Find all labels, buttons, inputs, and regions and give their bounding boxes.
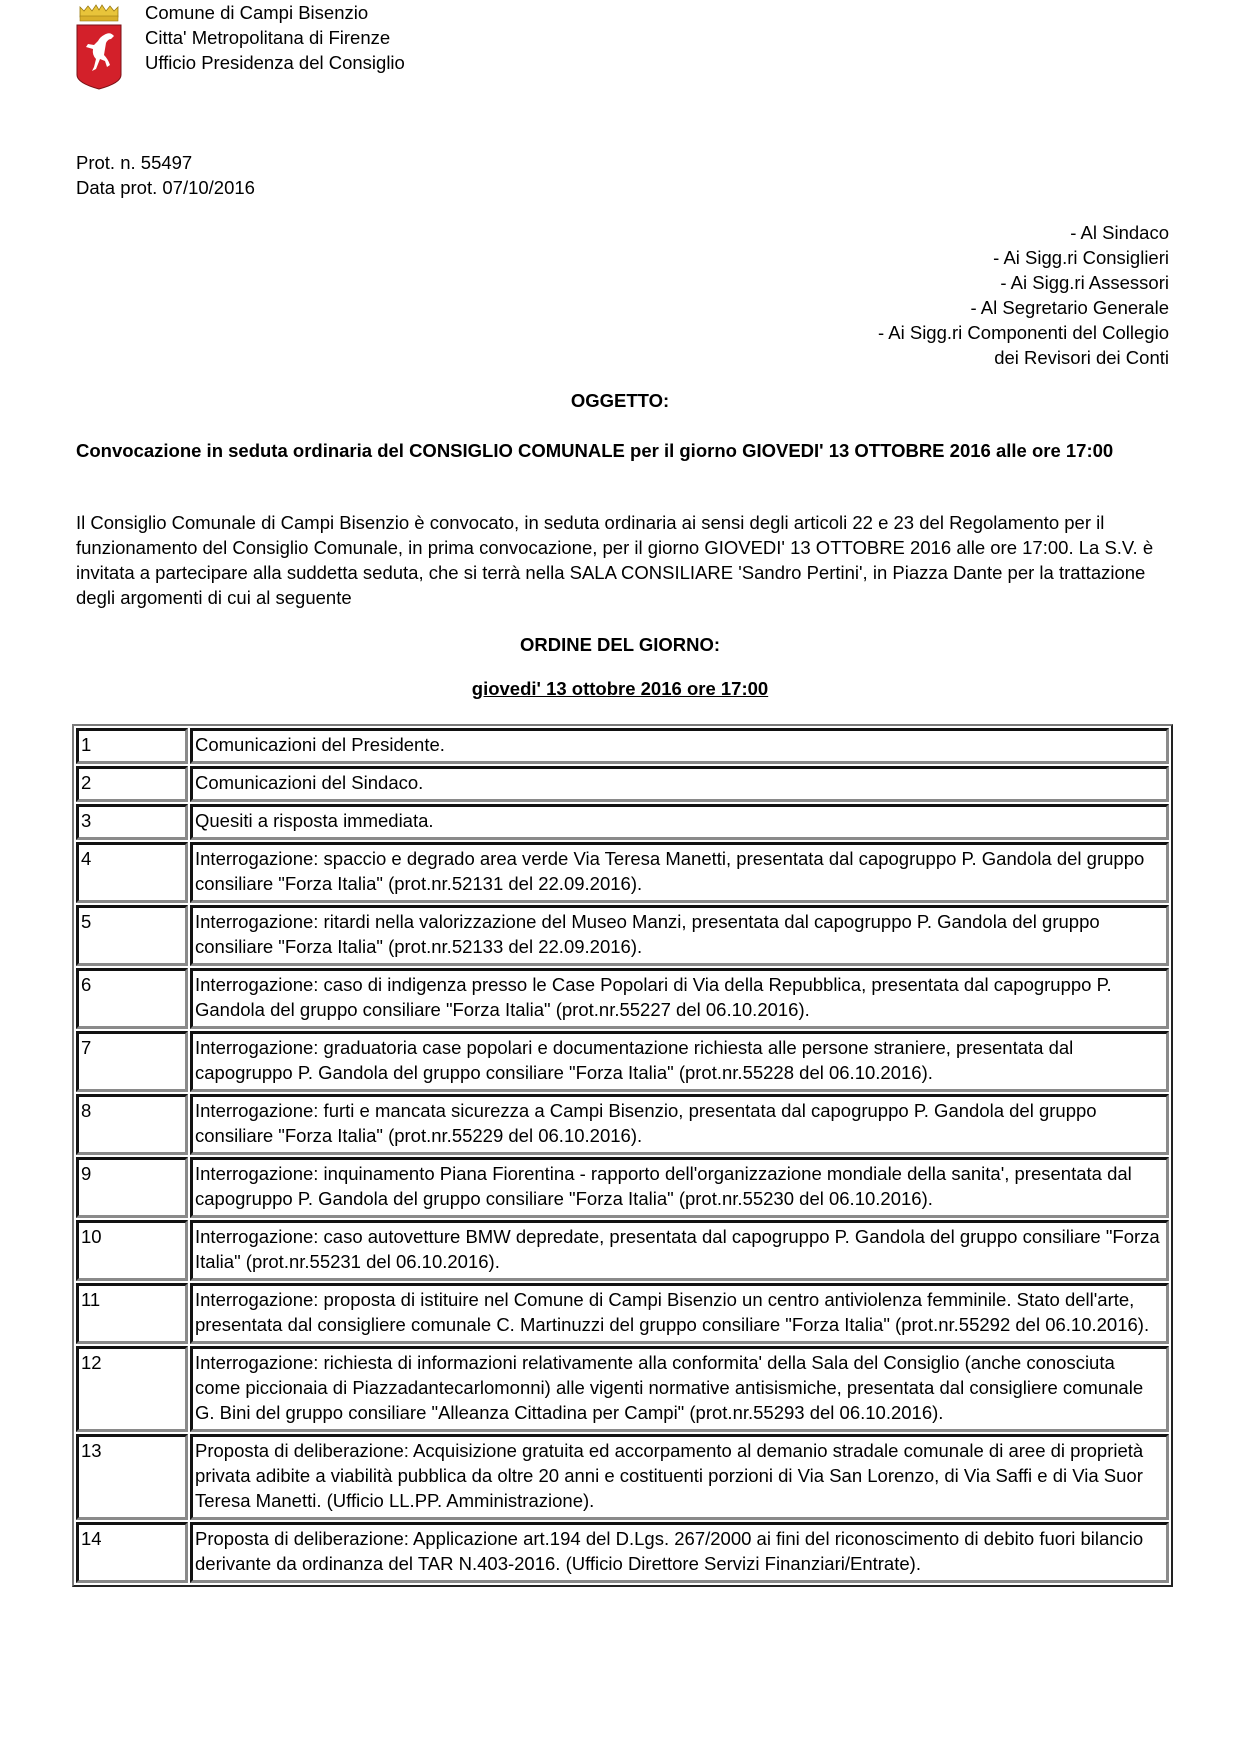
agenda-item-number: 1 [76, 728, 188, 764]
agenda-item-text: Interrogazione: caso di indigenza presso… [190, 968, 1169, 1029]
agenda-item-number: 10 [76, 1220, 188, 1281]
protocol-number: Prot. n. 55497 [76, 150, 255, 175]
agenda-item-text: Interrogazione: ritardi nella valorizzaz… [190, 905, 1169, 966]
agenda-row: 11Interrogazione: proposta di istituire … [76, 1283, 1169, 1344]
agenda-item-number: 6 [76, 968, 188, 1029]
agenda-row: 8Interrogazione: furti e mancata sicurez… [76, 1094, 1169, 1155]
agenda-item-text: Interrogazione: graduatoria case popolar… [190, 1031, 1169, 1092]
agenda-row: 6Interrogazione: caso di indigenza press… [76, 968, 1169, 1029]
agenda-row: 10Interrogazione: caso autovetture BMW d… [76, 1220, 1169, 1281]
recipient: - Al Sindaco [878, 220, 1169, 245]
agenda-item-text: Interrogazione: furti e mancata sicurezz… [190, 1094, 1169, 1155]
recipient: - Ai Sigg.ri Assessori [878, 270, 1169, 295]
agenda-row: 13Proposta di deliberazione: Acquisizion… [76, 1434, 1169, 1520]
recipient: - Ai Sigg.ri Componenti del Collegio [878, 320, 1169, 345]
agenda-item-number: 3 [76, 804, 188, 840]
office-header: Comune di Campi Bisenzio Citta' Metropol… [145, 0, 405, 75]
agenda-row: 9Interrogazione: inquinamento Piana Fior… [76, 1157, 1169, 1218]
agenda-item-number: 9 [76, 1157, 188, 1218]
agenda-row: 4Interrogazione: spaccio e degrado area … [76, 842, 1169, 903]
agenda-date: giovedi' 13 ottobre 2016 ore 17:00 [0, 678, 1240, 700]
agenda-item-number: 14 [76, 1522, 188, 1583]
convocation-body: Il Consiglio Comunale di Campi Bisenzio … [76, 510, 1166, 610]
municipal-crest-icon [74, 3, 124, 91]
recipient: - Al Segretario Generale [878, 295, 1169, 320]
header-municipality: Comune di Campi Bisenzio [145, 0, 405, 25]
agenda-row: 12Interrogazione: richiesta di informazi… [76, 1346, 1169, 1432]
agenda-row: 7Interrogazione: graduatoria case popola… [76, 1031, 1169, 1092]
agenda-item-number: 11 [76, 1283, 188, 1344]
agenda-title: ORDINE DEL GIORNO: [0, 634, 1240, 656]
protocol-date: Data prot. 07/10/2016 [76, 175, 255, 200]
agenda-item-text: Interrogazione: richiesta di informazion… [190, 1346, 1169, 1432]
agenda-table: 1Comunicazioni del Presidente.2Comunicaz… [72, 724, 1173, 1587]
agenda-item-text: Comunicazioni del Sindaco. [190, 766, 1169, 802]
header-office: Ufficio Presidenza del Consiglio [145, 50, 405, 75]
recipient: - Ai Sigg.ri Consiglieri [878, 245, 1169, 270]
recipient: dei Revisori dei Conti [878, 345, 1169, 370]
agenda-item-number: 5 [76, 905, 188, 966]
subject-text: Convocazione in seduta ordinaria del CON… [76, 438, 1166, 463]
recipients-list: - Al Sindaco - Ai Sigg.ri Consiglieri - … [878, 220, 1169, 370]
agenda-row: 14Proposta di deliberazione: Applicazion… [76, 1522, 1169, 1583]
subject-label: OGGETTO: [0, 390, 1240, 412]
agenda-item-text: Comunicazioni del Presidente. [190, 728, 1169, 764]
agenda-item-number: 13 [76, 1434, 188, 1520]
agenda-row: 2Comunicazioni del Sindaco. [76, 766, 1169, 802]
agenda-item-text: Interrogazione: inquinamento Piana Fiore… [190, 1157, 1169, 1218]
agenda-item-number: 2 [76, 766, 188, 802]
agenda-item-number: 8 [76, 1094, 188, 1155]
agenda-row: 1Comunicazioni del Presidente. [76, 728, 1169, 764]
agenda-row: 3Quesiti a risposta immediata. [76, 804, 1169, 840]
agenda-item-text: Quesiti a risposta immediata. [190, 804, 1169, 840]
agenda-item-number: 4 [76, 842, 188, 903]
agenda-item-number: 7 [76, 1031, 188, 1092]
protocol-block: Prot. n. 55497 Data prot. 07/10/2016 [76, 150, 255, 200]
agenda-item-text: Interrogazione: proposta di istituire ne… [190, 1283, 1169, 1344]
header-metro-city: Citta' Metropolitana di Firenze [145, 25, 405, 50]
agenda-item-text: Proposta di deliberazione: Acquisizione … [190, 1434, 1169, 1520]
agenda-item-text: Interrogazione: caso autovetture BMW dep… [190, 1220, 1169, 1281]
agenda-row: 5Interrogazione: ritardi nella valorizza… [76, 905, 1169, 966]
agenda-item-text: Interrogazione: spaccio e degrado area v… [190, 842, 1169, 903]
agenda-item-text: Proposta di deliberazione: Applicazione … [190, 1522, 1169, 1583]
agenda-item-number: 12 [76, 1346, 188, 1432]
